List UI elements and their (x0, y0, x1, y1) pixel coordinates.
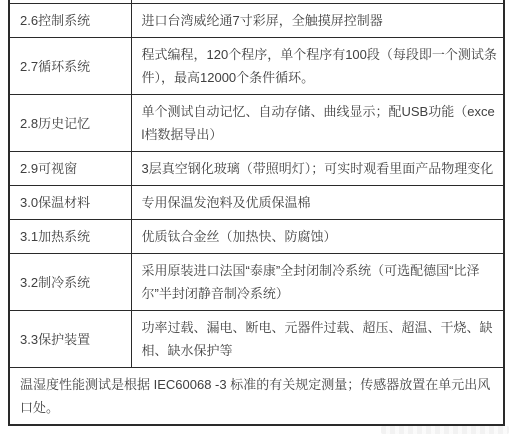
spec-item-label: 2.9可视窗 (9, 152, 131, 186)
spec-item-label: 3.0保温材料 (9, 186, 131, 220)
table-row: 3.2制冷系统采用原装进口法国“泰康”全封闭制冷系统（可选配德国“比泽尔”半封闭… (9, 254, 504, 311)
spec-item-label: 2.6控制系统 (9, 4, 131, 38)
spec-item-label: 3.3保护装置 (9, 311, 131, 368)
table-row: 2.6控制系统进口台湾威纶通7寸彩屏，全触摸屏控制器 (9, 4, 504, 38)
spec-item-value: 优质钛合金丝（加热快、防腐蚀） (131, 220, 504, 254)
spec-table-container: 2.6控制系统进口台湾威纶通7寸彩屏，全触摸屏控制器2.7循环系统程式编程，12… (8, 0, 509, 436)
page: 2.6控制系统进口台湾威纶通7寸彩屏，全触摸屏控制器2.7循环系统程式编程，12… (0, 0, 513, 436)
spec-item-value: 3层真空钢化玻璃（带照明灯）；可实时观看里面产品物理变化 (131, 152, 504, 186)
spec-item-label: 2.8历史记忆 (9, 95, 131, 152)
spec-item-value: 单个测试自动记忆、自动存储、曲线显示；配USB功能（excel档数据导出） (131, 95, 504, 152)
table-row: 3.1加热系统优质钛合金丝（加热快、防腐蚀） (9, 220, 504, 254)
table-row: 3.0保温材料专用保温发泡料及优质保温棉 (9, 186, 504, 220)
spec-table-body: 2.6控制系统进口台湾威纶通7寸彩屏，全触摸屏控制器2.7循环系统程式编程，12… (9, 0, 504, 368)
spec-item-value: 专用保温发泡料及优质保温棉 (131, 186, 504, 220)
spec-item-value: 程式编程，120个程序，单个程序有100段（每段即一个测试条件），最高12000… (131, 38, 504, 95)
watermark (381, 426, 509, 434)
table-row: 3.3保护装置功率过载、漏电、断电、元器件过载、超压、超温、干烧、缺相、缺水保护… (9, 311, 504, 368)
table-row: 2.7循环系统程式编程，120个程序，单个程序有100段（每段即一个测试条件），… (9, 38, 504, 95)
spec-item-label: 2.7循环系统 (9, 38, 131, 95)
table-row: 2.9可视窗3层真空钢化玻璃（带照明灯）；可实时观看里面产品物理变化 (9, 152, 504, 186)
footer-note-row: 温湿度性能测试是根据 IEC60068 -3 标准的有关规定测量；传感器放置在单… (9, 368, 504, 426)
table-row: 2.8历史记忆单个测试自动记忆、自动存储、曲线显示；配USB功能（excel档数… (9, 95, 504, 152)
footer-note: 温湿度性能测试是根据 IEC60068 -3 标准的有关规定测量；传感器放置在单… (9, 368, 504, 426)
spec-item-value: 功率过载、漏电、断电、元器件过载、超压、超温、干烧、缺相、缺水保护等 (131, 311, 504, 368)
spec-item-value: 进口台湾威纶通7寸彩屏，全触摸屏控制器 (131, 4, 504, 38)
spec-table: 2.6控制系统进口台湾威纶通7寸彩屏，全触摸屏控制器2.7循环系统程式编程，12… (8, 0, 505, 426)
spec-item-label: 3.2制冷系统 (9, 254, 131, 311)
spec-item-label: 3.1加热系统 (9, 220, 131, 254)
spec-item-value: 采用原装进口法国“泰康”全封闭制冷系统（可选配德国“比泽尔”半封闭静音制冷系统） (131, 254, 504, 311)
